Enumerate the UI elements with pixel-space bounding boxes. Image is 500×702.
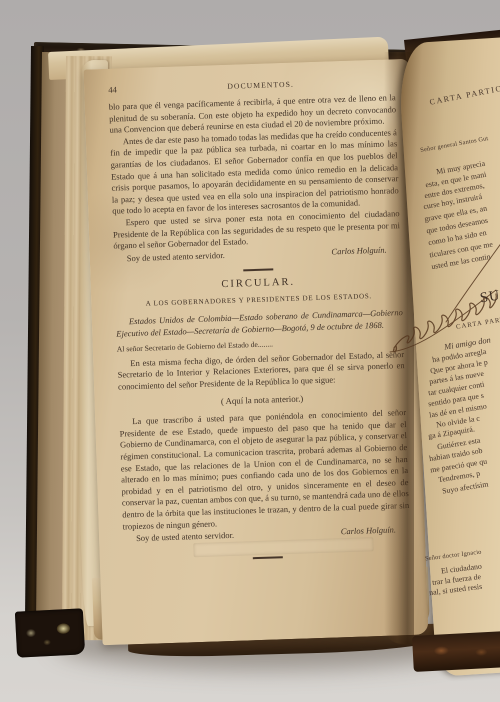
closing-text: Soy de usted atento servidor. xyxy=(114,250,225,265)
running-header: DOCUMENTOS. xyxy=(146,77,375,94)
paragraph-2: Antes de dar este paso ha tomado todas l… xyxy=(110,127,400,218)
circular-title: CIRCULAR. xyxy=(115,273,402,294)
page-header: 44 DOCUMENTOS. xyxy=(108,75,395,95)
section-divider-rule xyxy=(243,269,273,272)
end-divider-rule xyxy=(252,556,282,559)
left-book-page: 44 DOCUMENTOS. blo para que él venga pac… xyxy=(84,59,429,645)
book-photo: 44 DOCUMENTOS. blo para que él venga pac… xyxy=(0,0,500,702)
page-number: 44 xyxy=(108,83,146,94)
paragraph-4: En esta misma fecha digo, de órden del s… xyxy=(117,349,405,393)
leather-cover-corner-worn xyxy=(15,608,85,657)
right-page-text-fragment: SU xyxy=(479,288,500,306)
leather-cover-bottom-right xyxy=(412,631,500,672)
circular-addressees: A LOS GOBERNADORES Y PRESIDENTES DE LOS … xyxy=(115,291,402,309)
paragraph-5: La que trascribo á usted para que ponién… xyxy=(119,407,410,532)
inserted-note: ( Aquí la nota anterior.) xyxy=(119,390,406,410)
